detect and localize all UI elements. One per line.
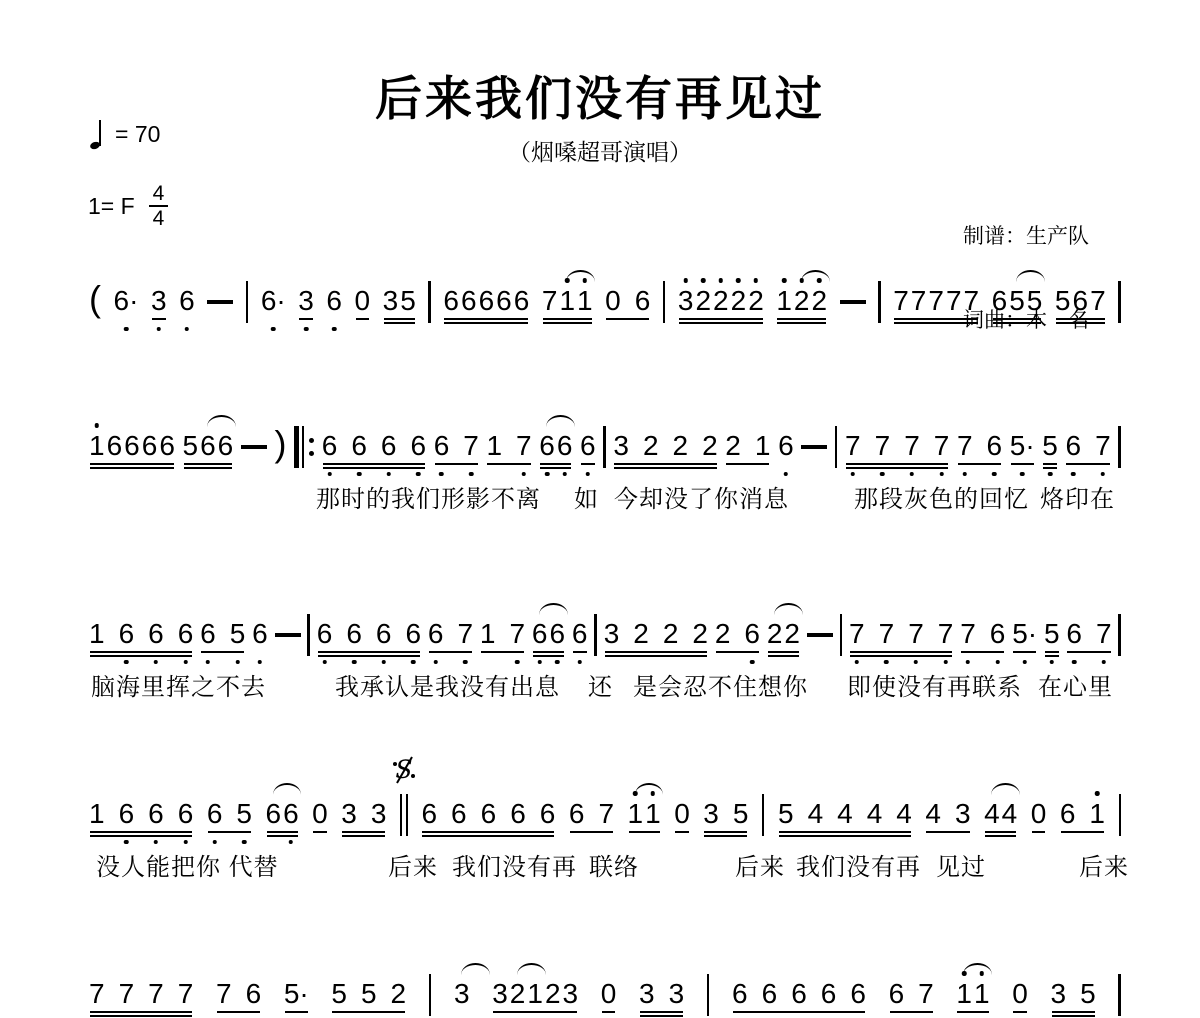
note: 6	[635, 285, 651, 317]
note: 1	[974, 978, 990, 1010]
note: 6	[557, 430, 573, 462]
barline	[840, 614, 843, 656]
note-group: 65	[200, 618, 245, 650]
note-group: 0	[355, 285, 371, 317]
dash-note	[241, 445, 267, 449]
note-group: 21	[725, 430, 770, 462]
octave-dot-below-icon	[386, 472, 391, 477]
notation-line-1: (6·366·360356666671106322221227777765556…	[88, 285, 1122, 323]
octave-dot-below-icon	[522, 472, 527, 477]
segno-icon: S	[391, 754, 417, 786]
repeat-thin-bar	[302, 426, 304, 468]
octave-dot-below-icon	[433, 660, 438, 665]
barline	[707, 974, 710, 1016]
note: 6	[889, 978, 905, 1010]
octave-dot-below-icon	[914, 660, 919, 665]
note: 7	[845, 430, 861, 462]
note: 5·	[284, 978, 309, 1010]
note: 1	[89, 798, 105, 830]
dash-note	[807, 633, 833, 637]
octave-dot-below-icon	[545, 472, 550, 477]
note-group: 0	[601, 978, 617, 1010]
octave-dot-below-icon	[943, 660, 948, 665]
note: 6	[421, 798, 437, 830]
notes-row: 16666566033S666666711035544444344061	[88, 798, 1122, 836]
note-group: 17	[486, 430, 531, 462]
note: 6	[539, 430, 555, 462]
octave-dot-below-icon	[327, 472, 332, 477]
octave-dot-above-icon	[782, 278, 787, 283]
note-group: 6	[326, 285, 342, 317]
note: 7	[216, 978, 232, 1010]
note: 6	[778, 430, 794, 462]
note-group: 44	[984, 798, 1017, 830]
repeat-dot	[309, 438, 314, 443]
note: 6	[266, 798, 282, 830]
note: 6	[580, 430, 596, 462]
note-group: 66	[539, 430, 572, 462]
note: 6	[850, 978, 866, 1010]
note: 5	[361, 978, 377, 1010]
key-and-time-signature: 1= F 4 4	[88, 183, 168, 229]
quarter-note-icon	[90, 118, 103, 150]
lyric-segment: 我们没有再	[452, 847, 577, 882]
tie-arc-icon	[546, 415, 575, 427]
note: 3	[454, 978, 470, 1010]
note: 1	[755, 430, 771, 462]
note: 3	[639, 978, 655, 1010]
note: 6	[178, 618, 194, 650]
note: 6	[142, 430, 158, 462]
note-group: 61	[1060, 798, 1105, 830]
note-group: 655	[992, 285, 1043, 317]
note-group: 66	[266, 798, 299, 830]
tie-arc-icon	[991, 783, 1020, 795]
double-bar-line	[406, 794, 408, 836]
note: 7	[957, 430, 973, 462]
octave-dot-below-icon	[154, 660, 159, 665]
note: 7	[893, 285, 909, 317]
time-signature-numerator: 4	[149, 183, 169, 207]
tie-arc-icon	[774, 603, 803, 615]
lyric-segment: 我们没有再	[796, 847, 921, 882]
note-group: 66666	[421, 798, 555, 830]
note-group: 11	[956, 978, 989, 1010]
barline	[246, 281, 249, 323]
note: 3	[341, 798, 357, 830]
note: 3	[151, 285, 167, 317]
note: 3	[563, 978, 579, 1010]
octave-dot-below-icon	[1101, 472, 1106, 477]
note: 7	[934, 430, 950, 462]
note-group: 66	[532, 618, 565, 650]
note: 6	[569, 798, 585, 830]
note-group: 3	[298, 285, 314, 317]
note: 2	[510, 978, 526, 1010]
barline	[762, 794, 765, 836]
note: 6	[732, 978, 748, 1010]
note: 6	[200, 618, 216, 650]
octave-dot-below-icon	[537, 660, 542, 665]
note: 7	[1090, 285, 1106, 317]
octave-dot-above-icon	[651, 791, 656, 796]
note: 7	[89, 978, 105, 1010]
lyric-segment: 还	[588, 667, 613, 702]
note-group: 35	[703, 798, 748, 830]
octave-dot-below-icon	[1048, 472, 1053, 477]
note: 6	[119, 618, 135, 650]
note-group: 5·	[284, 978, 309, 1010]
note: 7	[911, 285, 927, 317]
barline	[663, 281, 666, 323]
note-group: 6	[580, 430, 596, 462]
note-group: 32222	[678, 285, 764, 317]
octave-dot-above-icon	[754, 278, 759, 283]
note-group: 7777	[849, 618, 953, 650]
note-group: 711	[542, 285, 593, 317]
note: 7	[964, 285, 980, 317]
note: 3	[298, 285, 314, 317]
note: 6	[791, 978, 807, 1010]
note-group: 3222	[604, 618, 708, 650]
note: 1	[628, 798, 644, 830]
octave-dot-below-icon	[212, 840, 217, 845]
note-group: 6	[778, 430, 794, 462]
note: 2	[673, 430, 689, 462]
barline	[428, 281, 431, 323]
note: 3	[613, 430, 629, 462]
note: 6	[987, 430, 1003, 462]
note: 6	[351, 430, 367, 462]
note-group: 1666	[89, 798, 193, 830]
note-group: 67	[889, 978, 934, 1010]
note: 0	[312, 798, 328, 830]
note-group: 6666	[317, 618, 421, 650]
tempo-value: = 70	[115, 121, 160, 148]
tie-arc-icon	[566, 270, 595, 282]
note: 7	[148, 978, 164, 1010]
note: 5	[1080, 978, 1096, 1010]
note: 4	[867, 798, 883, 830]
note: 7	[119, 978, 135, 1010]
note: 1	[89, 430, 105, 462]
octave-dot-below-icon	[154, 840, 159, 845]
note: 7	[542, 285, 558, 317]
note: 2	[731, 285, 747, 317]
note-group: 0	[1031, 798, 1047, 830]
note: 6	[207, 798, 223, 830]
octave-dot-below-icon	[562, 472, 567, 477]
note: 4	[896, 798, 912, 830]
octave-dot-above-icon	[980, 971, 985, 976]
note-group: 6·	[114, 285, 139, 317]
barline	[1118, 426, 1121, 468]
note-group: 6666	[322, 430, 426, 462]
note-group: 35	[1051, 978, 1096, 1010]
note-group: 67	[569, 798, 614, 830]
note-group: 33	[639, 978, 684, 1010]
note-group: 66666	[732, 978, 866, 1010]
note: 6	[218, 430, 234, 462]
note: 1	[1089, 798, 1105, 830]
notation-line-4: 16666566033S666666711035544444344061没人能把…	[88, 798, 1122, 836]
note: 5	[1042, 430, 1058, 462]
note-group: 3222	[613, 430, 717, 462]
octave-dot-below-icon	[304, 327, 309, 332]
lyric-segment: 我承认是我没有出息	[335, 667, 560, 702]
tie-arc-icon	[539, 603, 568, 615]
note: 3	[669, 978, 685, 1010]
note-group: 3	[151, 285, 167, 317]
octave-dot-below-icon	[992, 472, 997, 477]
note: 6	[540, 798, 556, 830]
note-group: 0	[674, 798, 690, 830]
note: 7	[178, 978, 194, 1010]
octave-dot-above-icon	[817, 278, 822, 283]
note: 0	[601, 978, 617, 1010]
note: 5	[1055, 285, 1071, 317]
note: 6·	[261, 285, 286, 317]
note-group: 16666	[89, 430, 175, 462]
note: 4	[808, 798, 824, 830]
note: 5	[1044, 618, 1060, 650]
octave-dot-below-icon	[884, 660, 889, 665]
note: 6	[451, 798, 467, 830]
note: 0	[355, 285, 371, 317]
octave-dot-below-icon	[851, 472, 856, 477]
note: 7	[879, 618, 895, 650]
double-bar-line	[400, 794, 402, 836]
repeat-start-sign	[294, 426, 314, 468]
notes-row: 16666566)6666671766632222167777765·567	[88, 430, 1122, 468]
note: 6	[428, 618, 444, 650]
note: 5·	[1012, 618, 1037, 650]
note: 6	[178, 798, 194, 830]
dash-note	[840, 300, 866, 304]
repeat-dot	[309, 451, 314, 456]
octave-dot-below-icon	[124, 660, 129, 665]
octave-dot-below-icon	[235, 660, 240, 665]
note-group: 6	[252, 618, 268, 650]
note: 2	[715, 618, 731, 650]
note: 2	[545, 978, 561, 1010]
note: 3	[703, 798, 719, 830]
octave-dot-below-icon	[469, 472, 474, 477]
barline	[1118, 281, 1121, 323]
barline	[603, 426, 606, 468]
note: 4	[925, 798, 941, 830]
note: 6	[481, 798, 497, 830]
note: 5	[236, 798, 252, 830]
note: 6	[200, 430, 216, 462]
lyric-segment: 即使没有再联系	[847, 667, 1022, 702]
note-group: 26	[715, 618, 760, 650]
lyric-segment: 后来	[1079, 847, 1129, 882]
note: 1	[577, 285, 593, 317]
note-group: 35	[383, 285, 416, 317]
octave-dot-below-icon	[381, 660, 386, 665]
sheet-music-page: 后来我们没有再见过 （烟嗓超哥演唱） = 70 1= F 4 4 制谱：生产队 …	[0, 0, 1200, 1018]
dash-note	[801, 445, 827, 449]
dash-note	[207, 300, 233, 304]
tempo-marking: = 70	[90, 118, 160, 150]
tie-arc-icon	[273, 783, 302, 795]
note: 5	[230, 618, 246, 650]
repeat-thick-bar	[294, 426, 299, 468]
note: 0	[605, 285, 621, 317]
note-group: 6·	[261, 285, 286, 317]
octave-dot-below-icon	[966, 660, 971, 665]
octave-dot-above-icon	[719, 278, 724, 283]
performer-credit: （烟嗓超哥演唱）	[0, 134, 1200, 167]
octave-dot-below-icon	[242, 840, 247, 845]
note: 6	[532, 618, 548, 650]
note-group: 67	[1065, 430, 1110, 462]
note: 6	[510, 798, 526, 830]
octave-dot-below-icon	[357, 472, 362, 477]
lyric-segment: 今却没了你消息	[614, 479, 789, 514]
note: 2	[748, 285, 764, 317]
time-signature-denominator: 4	[153, 207, 165, 229]
note: 6	[1073, 285, 1089, 317]
note: 5	[183, 430, 199, 462]
note: 2	[713, 285, 729, 317]
tie-arc-icon	[207, 415, 236, 427]
note: 7	[908, 618, 924, 650]
lyric-segment: 没人能把你 代替	[96, 847, 279, 882]
barline	[1118, 614, 1121, 656]
octave-dot-below-icon	[910, 472, 915, 477]
note-group: 65	[207, 798, 252, 830]
lyric-segment: 后来	[388, 847, 438, 882]
note: 6	[461, 285, 477, 317]
note: 2	[663, 618, 679, 650]
octave-dot-below-icon	[183, 660, 188, 665]
lyric-segment: 联络	[589, 847, 639, 882]
octave-dot-below-icon	[577, 660, 582, 665]
octave-dot-below-icon	[880, 472, 885, 477]
lyric-segment: 那段灰色的回忆	[854, 479, 1029, 514]
octave-dot-below-icon	[183, 840, 188, 845]
octave-dot-below-icon	[352, 660, 357, 665]
note: 1	[645, 798, 661, 830]
note: 3	[492, 978, 508, 1010]
open-parenthesis: (	[89, 282, 101, 316]
octave-dot-below-icon	[750, 660, 755, 665]
note-group: 6	[179, 285, 195, 317]
note: 7	[938, 618, 954, 650]
note: 6	[179, 285, 195, 317]
note-group: 67	[428, 618, 473, 650]
note-group: 566	[183, 430, 234, 462]
notes-row: 7777765·552332123033666666711035	[88, 978, 1122, 1016]
note: 0	[1012, 978, 1028, 1010]
note-group: 11	[628, 798, 661, 830]
note-group: 0	[312, 798, 328, 830]
note: 2	[643, 430, 659, 462]
notation-line-3: 166665666666717666322226227777765·567脑海里…	[88, 618, 1122, 656]
note-group: 5	[1042, 430, 1058, 462]
note: 1	[486, 430, 502, 462]
note: 6	[992, 285, 1008, 317]
note: 5	[733, 798, 749, 830]
note: 2	[811, 285, 827, 317]
note: 6	[443, 285, 459, 317]
octave-dot-below-icon	[416, 472, 421, 477]
note-group: 5·	[1010, 430, 1035, 462]
octave-dot-below-icon	[332, 327, 337, 332]
note: 6	[406, 618, 422, 650]
note-group: 6	[572, 618, 588, 650]
note: 2	[784, 618, 800, 650]
note: 1	[776, 285, 792, 317]
note: 6	[252, 618, 268, 650]
note-group: 67	[1066, 618, 1111, 650]
note: 5	[400, 285, 416, 317]
note: 2	[633, 618, 649, 650]
notes-row: 166665666666717666322226227777765·567	[88, 618, 1122, 656]
note: 6	[381, 430, 397, 462]
lyric-segment: 脑海里挥之不去	[91, 667, 266, 702]
tie-arc-icon	[963, 963, 992, 975]
octave-dot-below-icon	[439, 472, 444, 477]
note: 7	[875, 430, 891, 462]
note-group: 7777	[89, 978, 193, 1010]
note: 6	[159, 430, 175, 462]
note: 6	[107, 430, 123, 462]
note: 6	[744, 618, 760, 650]
octave-dot-below-icon	[322, 660, 327, 665]
note: 7	[849, 618, 865, 650]
barline	[429, 974, 432, 1016]
note: 7	[516, 430, 532, 462]
note-group: 76	[960, 618, 1005, 650]
note: 0	[1031, 798, 1047, 830]
note: 6	[322, 430, 338, 462]
note: 3	[371, 798, 387, 830]
octave-dot-below-icon	[157, 327, 162, 332]
note-group: 67	[434, 430, 479, 462]
barline	[878, 281, 881, 323]
note-group: 77777	[893, 285, 979, 317]
song-title: 后来我们没有再见过	[0, 62, 1200, 129]
note: 6	[246, 978, 262, 1010]
note-group: 3	[454, 978, 470, 1010]
note-group: 33	[341, 798, 386, 830]
octave-dot-below-icon	[939, 472, 944, 477]
octave-dot-above-icon	[95, 423, 100, 428]
note: 6	[119, 798, 135, 830]
octave-dot-below-icon	[124, 840, 129, 845]
note: 2	[692, 618, 708, 650]
note: 6	[317, 618, 333, 650]
note: 4	[837, 798, 853, 830]
note: 7	[1096, 618, 1112, 650]
tie-arc-icon	[517, 963, 546, 975]
note: 5	[1027, 285, 1043, 317]
note: 6	[762, 978, 778, 1010]
octave-dot-below-icon	[1049, 660, 1054, 665]
octave-dot-below-icon	[463, 660, 468, 665]
lyric-segment: 那时的我们形影不离	[316, 479, 541, 514]
note: 3	[383, 285, 399, 317]
note-group: 22	[767, 618, 800, 650]
svg-text:S: S	[395, 755, 412, 784]
note: 1	[480, 618, 496, 650]
lyric-segment: 在心里	[1038, 667, 1113, 702]
note: 6	[124, 430, 140, 462]
note-group: 1666	[89, 618, 193, 650]
